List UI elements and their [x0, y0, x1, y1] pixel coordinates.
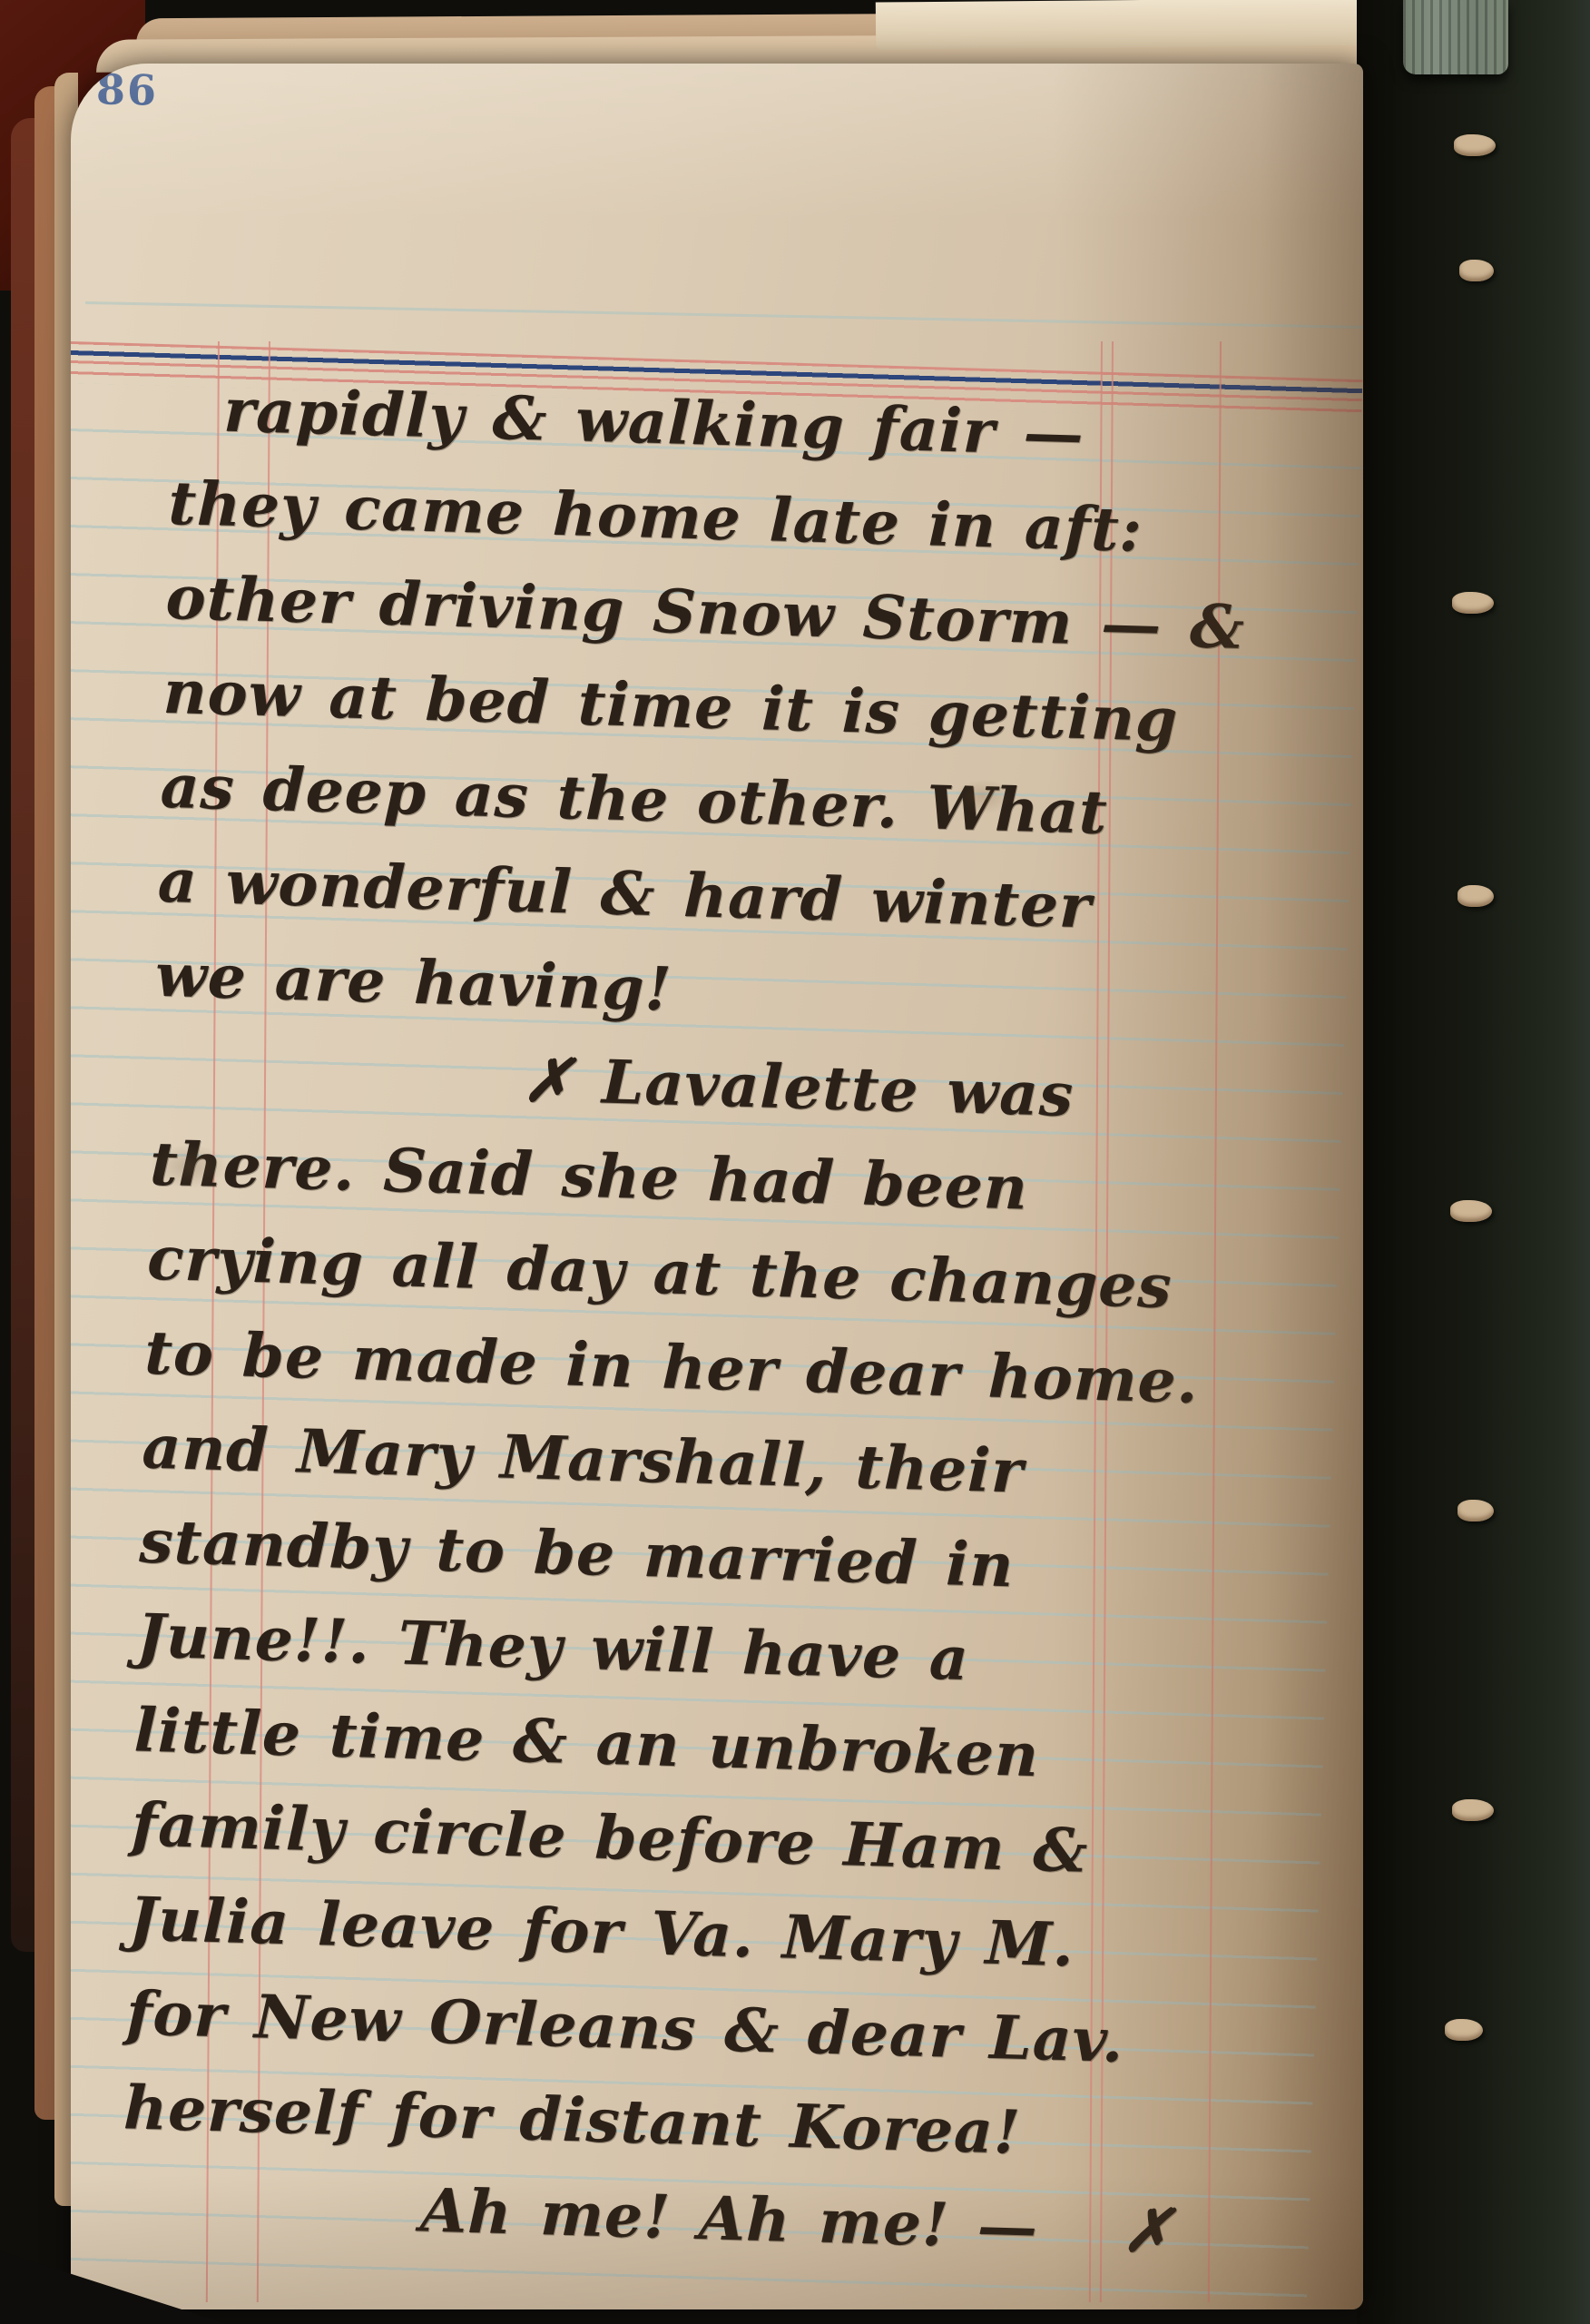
- page-shading: [71, 64, 1363, 2309]
- binding-stitch: [1454, 134, 1496, 156]
- binding-stitch: [1457, 885, 1494, 907]
- binding-stitch: [1450, 1200, 1492, 1222]
- binding-stitch: [1452, 592, 1494, 614]
- notebook-page: 86 rapidly & walking fair —they came hom…: [71, 64, 1363, 2309]
- bookmark-strap: [1403, 0, 1508, 74]
- binding-stitch: [1452, 1799, 1494, 1821]
- binding-gutter: [1357, 0, 1590, 2324]
- fore-edge-pages: [876, 0, 1407, 50]
- page-stack-edge: [11, 118, 36, 1952]
- binding-stitch: [1459, 260, 1494, 281]
- diary-scan-scene: 86 rapidly & walking fair —they came hom…: [0, 0, 1590, 2324]
- binding-stitch: [1445, 2019, 1483, 2041]
- binding-stitch: [1457, 1500, 1494, 1521]
